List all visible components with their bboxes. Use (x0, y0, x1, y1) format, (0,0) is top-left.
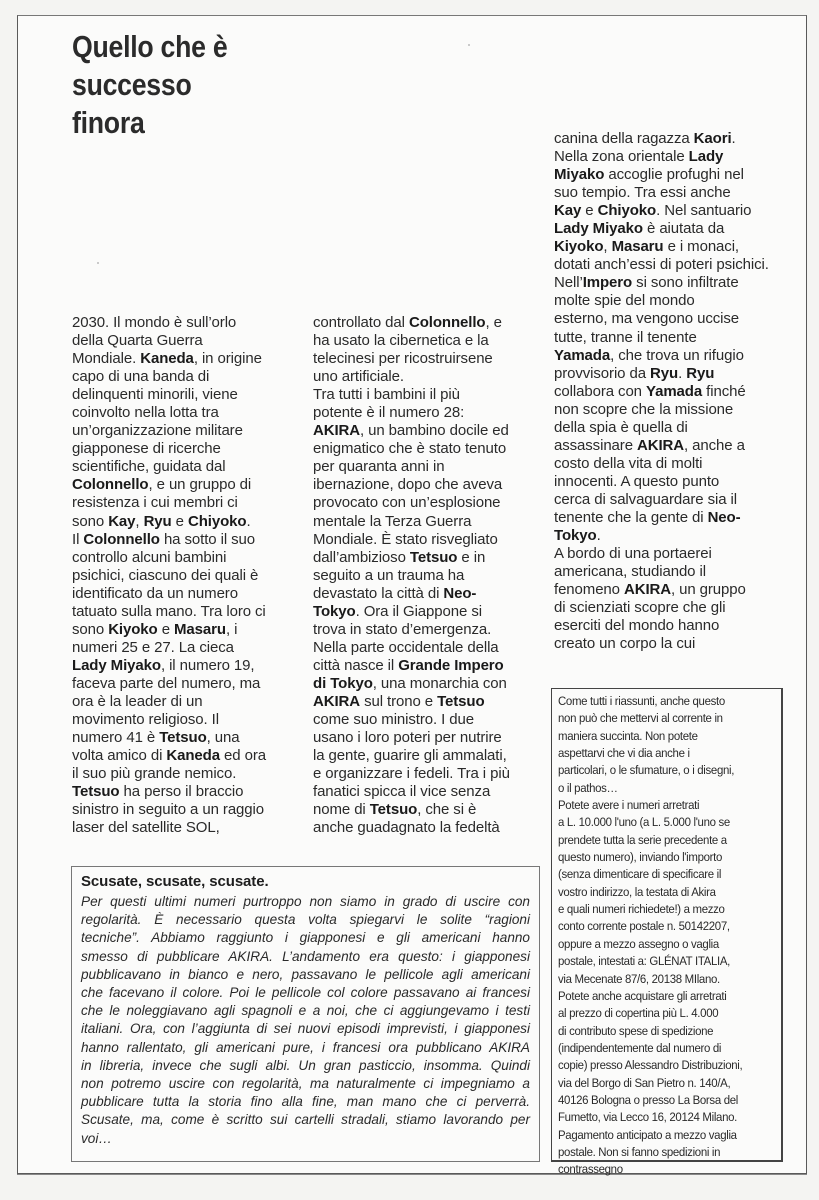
text-line: dall’ambizioso Tetsuo e in (313, 549, 549, 567)
text-line: assassinare AKIRA, anche a (554, 437, 790, 455)
character-name: Ryu (650, 365, 678, 382)
text-line: esterno, ma vengono uccise (554, 310, 790, 328)
text-line: regolarità. È necessario questa volta sp… (81, 911, 530, 929)
text-line: Potete anche acquistare gli arretrati (558, 988, 781, 1005)
text-line: laser del satellite SOL, (72, 819, 302, 837)
text-line: collabora con Yamada finché (554, 383, 790, 401)
character-name: Tetsuo (159, 729, 206, 746)
text-line: aspettarvi che vi dia anche i (558, 745, 781, 762)
text-line: tenente che la gente di Neo- (554, 509, 790, 527)
text-line: conto corrente postale n. 50142207, (558, 918, 781, 935)
article-column-3: canina della ragazza Kaori.Nella zona or… (554, 130, 790, 653)
text-line: Come tutti i riassunti, anche questo (558, 693, 781, 710)
text-line: dotati anch’essi di poteri psichici. (554, 256, 790, 274)
text-line: che facevano il colore. Poi le pellicole… (81, 984, 530, 1002)
apology-box: Scusate, scusate, scusate. Per questi ul… (71, 866, 540, 1162)
text-line: e quali numeri richiedete!) a mezzo (558, 901, 781, 918)
text-line: non scopre che la missione (554, 401, 790, 419)
text-line: provocato con un’esplosione (313, 494, 549, 512)
character-name: Tetsuo (437, 693, 484, 710)
text-line: al prezzo di copertina più L. 4.000 (558, 1005, 781, 1022)
character-name: Colonnello (72, 476, 149, 493)
text-line: della Quarta Guerra (72, 332, 302, 350)
text-line: oppure a mezzo assegno o vaglia (558, 936, 781, 953)
text-line: la gente, guarire gli ammalati, (313, 747, 549, 765)
character-name: Grande Impero (398, 657, 503, 674)
character-name: Tokyo (313, 603, 356, 620)
text-line: 40126 Bologna o presso La Borsa del (558, 1092, 781, 1109)
text-line: canina della ragazza Kaori. (554, 130, 790, 148)
text-line: psichici, ciascuno dei quali è (72, 567, 302, 585)
text-line: mentale la Terza Guerra (313, 513, 549, 531)
text-line: delinquenti minorili, viene (72, 386, 302, 404)
text-line: (indipendentemente dal numero di (558, 1040, 781, 1057)
text-line: non potremo uscire con regolarità, ma na… (81, 1075, 530, 1093)
text-line: AKIRA sul trono e Tetsuo (313, 693, 549, 711)
character-name: Kaneda (140, 350, 194, 367)
character-name: Lady (689, 148, 724, 165)
text-line: innocenti. A questo punto (554, 473, 790, 491)
character-name: Masaru (174, 621, 226, 638)
text-line: voi… (81, 1130, 530, 1148)
text-line: che le noleggiavano agli spagnoli e a no… (81, 1002, 530, 1020)
character-name: Colonnello (409, 314, 486, 331)
text-line: suo tempio. Tra essi anche (554, 184, 790, 202)
text-line: prendete tutta la serie precedente a (558, 832, 781, 849)
text-line: ha usato la cibernetica e la (313, 332, 549, 350)
text-line: ibernazione, dopo che aveva (313, 476, 549, 494)
text-line: tatuato sulla mano. Tra loro ci (72, 603, 302, 621)
text-line: scientifiche, guidata dal (72, 458, 302, 476)
text-line: seguito a un trauma ha (313, 567, 549, 585)
character-name: Tetsuo (72, 783, 119, 800)
character-name: Kaneda (166, 747, 220, 764)
print-speck (97, 262, 99, 264)
character-name: Kay (108, 513, 135, 530)
text-line: in libreria, invece che sugli albi. Un g… (81, 1057, 530, 1075)
text-line: ora è la leader di un (72, 693, 302, 711)
character-name: Neo- (443, 585, 476, 602)
text-line: particolari, o le sfumature, o i disegni… (558, 762, 781, 779)
text-line: Nell’Impero si sono infiltrate (554, 274, 790, 292)
character-name: Neo- (708, 509, 741, 526)
character-name: Kaori (694, 130, 732, 147)
text-line: Mondiale. È stato risvegliato (313, 531, 549, 549)
text-line: Miyako accoglie profughi nel (554, 166, 790, 184)
text-line: pubblicavano in bianco e nero, passavano… (81, 966, 530, 984)
article-column-1: 2030. Il mondo è sull’orlodella Quarta G… (72, 314, 302, 837)
text-line: di Tokyo, una monarchia con (313, 675, 549, 693)
text-line: capo di una banda di (72, 368, 302, 386)
text-line: faceva parte del numero, ma (72, 675, 302, 693)
text-line: Scusate, ma, come è scritto sui cartelli… (81, 1111, 530, 1129)
text-line: questo numero), inviando l'importo (558, 849, 781, 866)
character-name: Ryu (686, 365, 714, 382)
apology-title: Scusate, scusate, scusate. (81, 873, 530, 890)
text-line: Tokyo. Ora il Giappone si (313, 603, 549, 621)
text-line: Colonnello, e un gruppo di (72, 476, 302, 494)
text-line: Pagamento anticipato a mezzo vaglia (558, 1127, 781, 1144)
text-line: fenomeno AKIRA, un gruppo (554, 581, 790, 599)
text-line: Yamada, che trova un rifugio (554, 347, 790, 365)
text-line: cerca di salvaguardare sia il (554, 491, 790, 509)
text-line: eserciti del mondo hanno (554, 617, 790, 635)
character-name: Kiyoko (108, 621, 157, 638)
text-line: Lady Miyako, il numero 19, (72, 657, 302, 675)
text-line: A bordo di una portaerei (554, 545, 790, 563)
character-name: Impero (583, 274, 632, 291)
text-line: enigmatico che è stato tenuto (313, 440, 549, 458)
text-line: nome di Tetsuo, che si è (313, 801, 549, 819)
article-column-2: controllato dal Colonnello, eha usato la… (313, 314, 549, 837)
character-name: Chiyoko (188, 513, 246, 530)
text-line: molte spie del mondo (554, 292, 790, 310)
text-line: potente è il numero 28: (313, 404, 549, 422)
text-line: Per questi ultimi numeri purtroppo non s… (81, 893, 530, 911)
character-name: Colonnello (83, 531, 160, 548)
title-line: Quello che è (72, 28, 296, 66)
text-line: Fumetto, via Lecco 16, 20124 Milano. (558, 1109, 781, 1126)
character-name: AKIRA (624, 581, 671, 598)
back-issues-info-text: Come tutti i riassunti, anche questonon … (558, 693, 781, 1179)
character-name: Lady Miyako (554, 220, 643, 237)
text-line: numeri 25 e 27. La cieca (72, 639, 302, 657)
text-line: come suo ministro. I due (313, 711, 549, 729)
text-line: sinistro in seguito a un raggio (72, 801, 302, 819)
text-line: vostro indirizzo, la testata di Akira (558, 884, 781, 901)
text-line: maniera succinta. Non potete (558, 728, 781, 745)
text-line: 2030. Il mondo è sull’orlo (72, 314, 302, 332)
text-line: trova in stato d’emergenza. (313, 621, 549, 639)
text-line: costo della vita di molti (554, 455, 790, 473)
character-name: Kiyoko (554, 238, 603, 255)
text-line: uno artificiale. (313, 368, 549, 386)
text-line: Tra tutti i bambini il più (313, 386, 549, 404)
print-speck (468, 44, 470, 46)
text-line: non può che mettervi al corrente in (558, 710, 781, 727)
text-line: Mondiale. Kaneda, in origine (72, 350, 302, 368)
character-name: Tokyo (554, 527, 597, 544)
text-line: tutte, tranne il tenente (554, 329, 790, 347)
text-line: via del Borgo di San Pietro n. 140/A, (558, 1075, 781, 1092)
text-line: identificato da un numero (72, 585, 302, 603)
back-issues-info-box: Come tutti i riassunti, anche questonon … (551, 688, 783, 1162)
character-name: Ryu (144, 513, 172, 530)
text-line: controllo alcuni bambini (72, 549, 302, 567)
text-line: (senza dimenticare di specificare il (558, 866, 781, 883)
text-line: Il Colonnello ha sotto il suo (72, 531, 302, 549)
character-name: Masaru (612, 238, 664, 255)
character-name: Lady Miyako (72, 657, 161, 674)
text-line: fanatici spicca il vice senza (313, 783, 549, 801)
text-line: via Mecenate 87/6, 20138 MIlano. (558, 971, 781, 988)
text-line: postale. Non si fanno spedizioni in (558, 1144, 781, 1161)
page-title: Quello che è successo finora (72, 28, 296, 142)
text-line: movimento religioso. Il (72, 711, 302, 729)
text-line: Lady Miyako è aiutata da (554, 220, 790, 238)
text-line: Kiyoko, Masaru e i monaci, (554, 238, 790, 256)
character-name: di Tokyo (313, 675, 373, 692)
character-name: AKIRA (637, 437, 684, 454)
character-name: Miyako (554, 166, 604, 183)
character-name: Chiyoko (598, 202, 656, 219)
text-line: devastato la città di Neo- (313, 585, 549, 603)
title-line: finora (72, 104, 296, 142)
text-line: copie) presso Alessandro Distribuzioni, (558, 1057, 781, 1074)
text-line: contrassegno (558, 1161, 781, 1178)
text-line: creato un corpo la cui (554, 635, 790, 653)
text-line: e organizzare i fedeli. Tra i più (313, 765, 549, 783)
character-name: Yamada (646, 383, 702, 400)
text-line: numero 41 è Tetsuo, una (72, 729, 302, 747)
text-line: smesso di pubblicare AKIRA. L’andamento … (81, 948, 530, 966)
text-line: di scienziati scopre che gli (554, 599, 790, 617)
character-name: AKIRA (313, 422, 360, 439)
text-line: Potete avere i numeri arretrati (558, 797, 781, 814)
text-line: o il pathos… (558, 780, 781, 797)
text-line: americana, studiando il (554, 563, 790, 581)
text-line: AKIRA, un bambino docile ed (313, 422, 549, 440)
text-line: sono Kiyoko e Masaru, i (72, 621, 302, 639)
text-line: usano i loro poteri per nutrire (313, 729, 549, 747)
text-line: pubblicare tutta la storia fino alla fin… (81, 1093, 530, 1111)
text-line: tecniche”. Abbiamo raggiunto i giappones… (81, 929, 530, 947)
character-name: Kay (554, 202, 581, 219)
text-line: resistenza i cui membri ci (72, 494, 302, 512)
title-line: successo (72, 66, 296, 104)
text-line: coinvolto nella lotta tra (72, 404, 302, 422)
text-line: volta amico di Kaneda ed ora (72, 747, 302, 765)
text-line: giapponese di ricerche (72, 440, 302, 458)
text-line: Nella zona orientale Lady (554, 148, 790, 166)
text-line: Kay e Chiyoko. Nel santuario (554, 202, 790, 220)
text-line: di contributo spese di spedizione (558, 1023, 781, 1040)
text-line: a L. 10.000 l'uno (a L. 5.000 l'uno se (558, 814, 781, 831)
text-line: un’organizzazione militare (72, 422, 302, 440)
text-line: postale, intestati a: GLÉNAT ITALIA, (558, 953, 781, 970)
text-line: anche guadagnato la fedeltà (313, 819, 549, 837)
text-line: Tokyo. (554, 527, 790, 545)
apology-text: Per questi ultimi numeri purtroppo non s… (81, 893, 530, 1148)
text-line: hanno rallentato, gli americani pure, i … (81, 1039, 530, 1057)
text-line: sono Kay, Ryu e Chiyoko. (72, 513, 302, 531)
text-line: Nella parte occidentale della (313, 639, 549, 657)
character-name: AKIRA (313, 693, 360, 710)
text-line: della spia è quella di (554, 419, 790, 437)
character-name: Yamada (554, 347, 610, 364)
text-line: città nasce il Grande Impero (313, 657, 549, 675)
character-name: Tetsuo (410, 549, 457, 566)
character-name: Tetsuo (370, 801, 417, 818)
text-line: per quaranta anni in (313, 458, 549, 476)
text-line: italiani. Ora, con l’aggiunta di sei nuo… (81, 1020, 530, 1038)
text-line: Tetsuo ha perso il braccio (72, 783, 302, 801)
text-line: il suo più grande nemico. (72, 765, 302, 783)
text-line: provvisorio da Ryu. Ryu (554, 365, 790, 383)
text-line: controllato dal Colonnello, e (313, 314, 549, 332)
text-line: telecinesi per ricostruirsene (313, 350, 549, 368)
